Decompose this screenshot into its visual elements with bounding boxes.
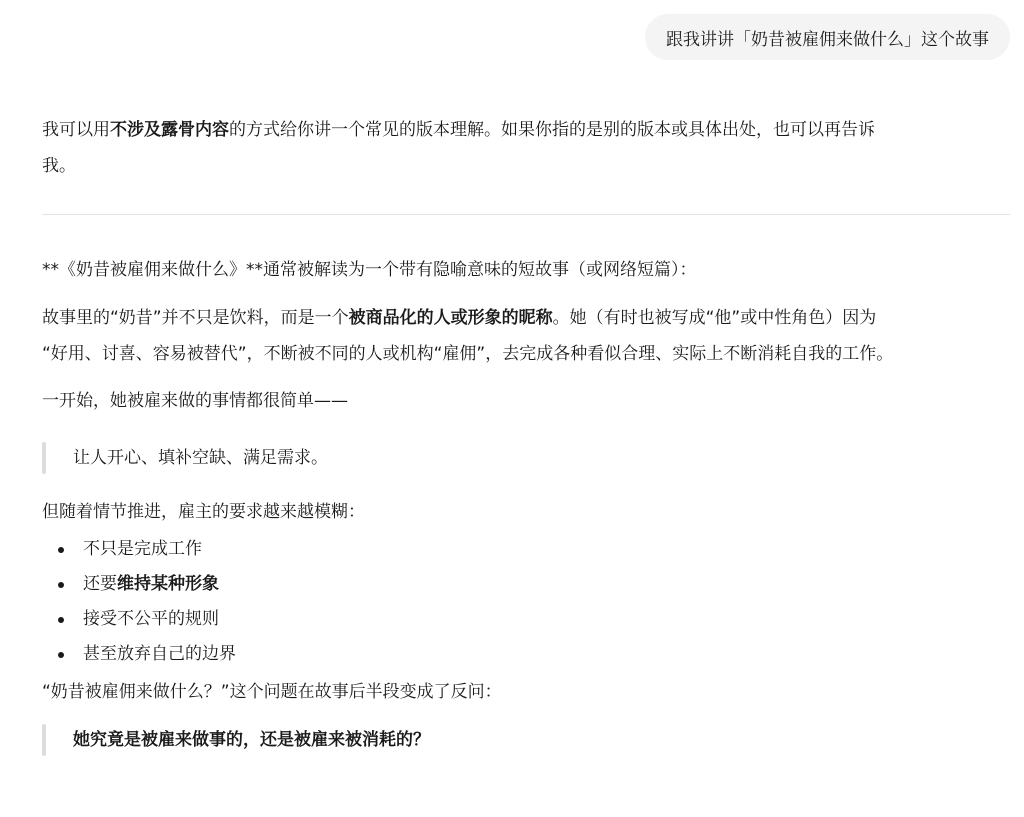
blockquote-2-text: 她究竟是被雇来做事的，还是被雇来被消耗的？ <box>73 730 430 750</box>
list-item-text: 还要 <box>83 574 117 594</box>
bullet-icon <box>58 617 64 623</box>
intro-suffix-line2: 我。 <box>42 156 76 176</box>
intro-prefix: 我可以用 <box>42 120 110 140</box>
requirements-list: 不只是完成工作 还要维持某种形象 接受不公平的规则 甚至放弃自己的边界 <box>42 532 1010 672</box>
list-item: 还要维持某种形象 <box>42 567 1010 602</box>
list-item: 不只是完成工作 <box>42 532 1010 567</box>
intro-bold: 不涉及露骨内容 <box>110 120 229 140</box>
intro-suffix: 的方式给你讲一个常见的版本理解。如果你指的是别的版本或具体出处，也可以再告诉 <box>229 120 875 140</box>
bullet-icon <box>58 547 64 553</box>
list-item-bold: 维持某种形象 <box>117 574 219 594</box>
story-paragraph-1: 故事里的“奶昔”并不只是饮料，而是一个被商品化的人或形象的昵称。她（有时也被写成… <box>42 300 1010 372</box>
intro-paragraph: 我可以用不涉及露骨内容的方式给你讲一个常见的版本理解。如果你指的是别的版本或具体… <box>42 112 1010 184</box>
story-paragraph-3: 但随着情节推进，雇主的要求越来越模糊： <box>42 494 1010 530</box>
story-paragraph-2: 一开始，她被雇来做的事情都很简单—— <box>42 383 1010 419</box>
bullet-icon <box>58 652 64 658</box>
user-message-text: 跟我讲讲「奶昔被雇佣来做什么」这个故事 <box>666 25 989 50</box>
list-item-text: 接受不公平的规则 <box>83 609 219 629</box>
summary-line: **《奶昔被雇佣来做什么》**通常被解读为一个带有隐喻意味的短故事（或网络短篇）… <box>42 252 1010 288</box>
section-divider <box>42 214 1010 215</box>
chat-thread: 跟我讲讲「奶昔被雇佣来做什么」这个故事 我可以用不涉及露骨内容的方式给你讲一个常… <box>0 0 1024 817</box>
blockquote-1-text: 让人开心、填补空缺、满足需求。 <box>73 448 328 468</box>
bullet-icon <box>58 582 64 588</box>
blockquote-2: 她究竟是被雇来做事的，还是被雇来被消耗的？ <box>42 722 1010 758</box>
blockquote-1: 让人开心、填补空缺、满足需求。 <box>42 440 1010 476</box>
list-item-text: 不只是完成工作 <box>83 539 202 559</box>
paragraph1-line2: “好用、讨喜、容易被替代”，不断被不同的人或机构“雇佣”，去完成各种看似合理、实… <box>42 344 893 364</box>
list-item: 接受不公平的规则 <box>42 602 1010 637</box>
list-item: 甚至放弃自己的边界 <box>42 637 1010 672</box>
paragraph1-prefix: 故事里的“奶昔”并不只是饮料，而是一个 <box>42 308 349 328</box>
paragraph1-bold: 被商品化的人或形象的昵称 <box>349 308 553 328</box>
paragraph1-suffix: 。她（有时也被写成“他”或中性角色）因为 <box>553 308 877 328</box>
user-message-bubble: 跟我讲讲「奶昔被雇佣来做什么」这个故事 <box>645 14 1010 60</box>
story-paragraph-4: “奶昔被雇佣来做什么？”这个问题在故事后半段变成了反问： <box>42 674 1010 710</box>
assistant-message: 我可以用不涉及露骨内容的方式给你讲一个常见的版本理解。如果你指的是别的版本或具体… <box>42 112 1010 776</box>
user-message-row: 跟我讲讲「奶昔被雇佣来做什么」这个故事 <box>645 14 1010 60</box>
list-item-text: 甚至放弃自己的边界 <box>83 644 236 664</box>
